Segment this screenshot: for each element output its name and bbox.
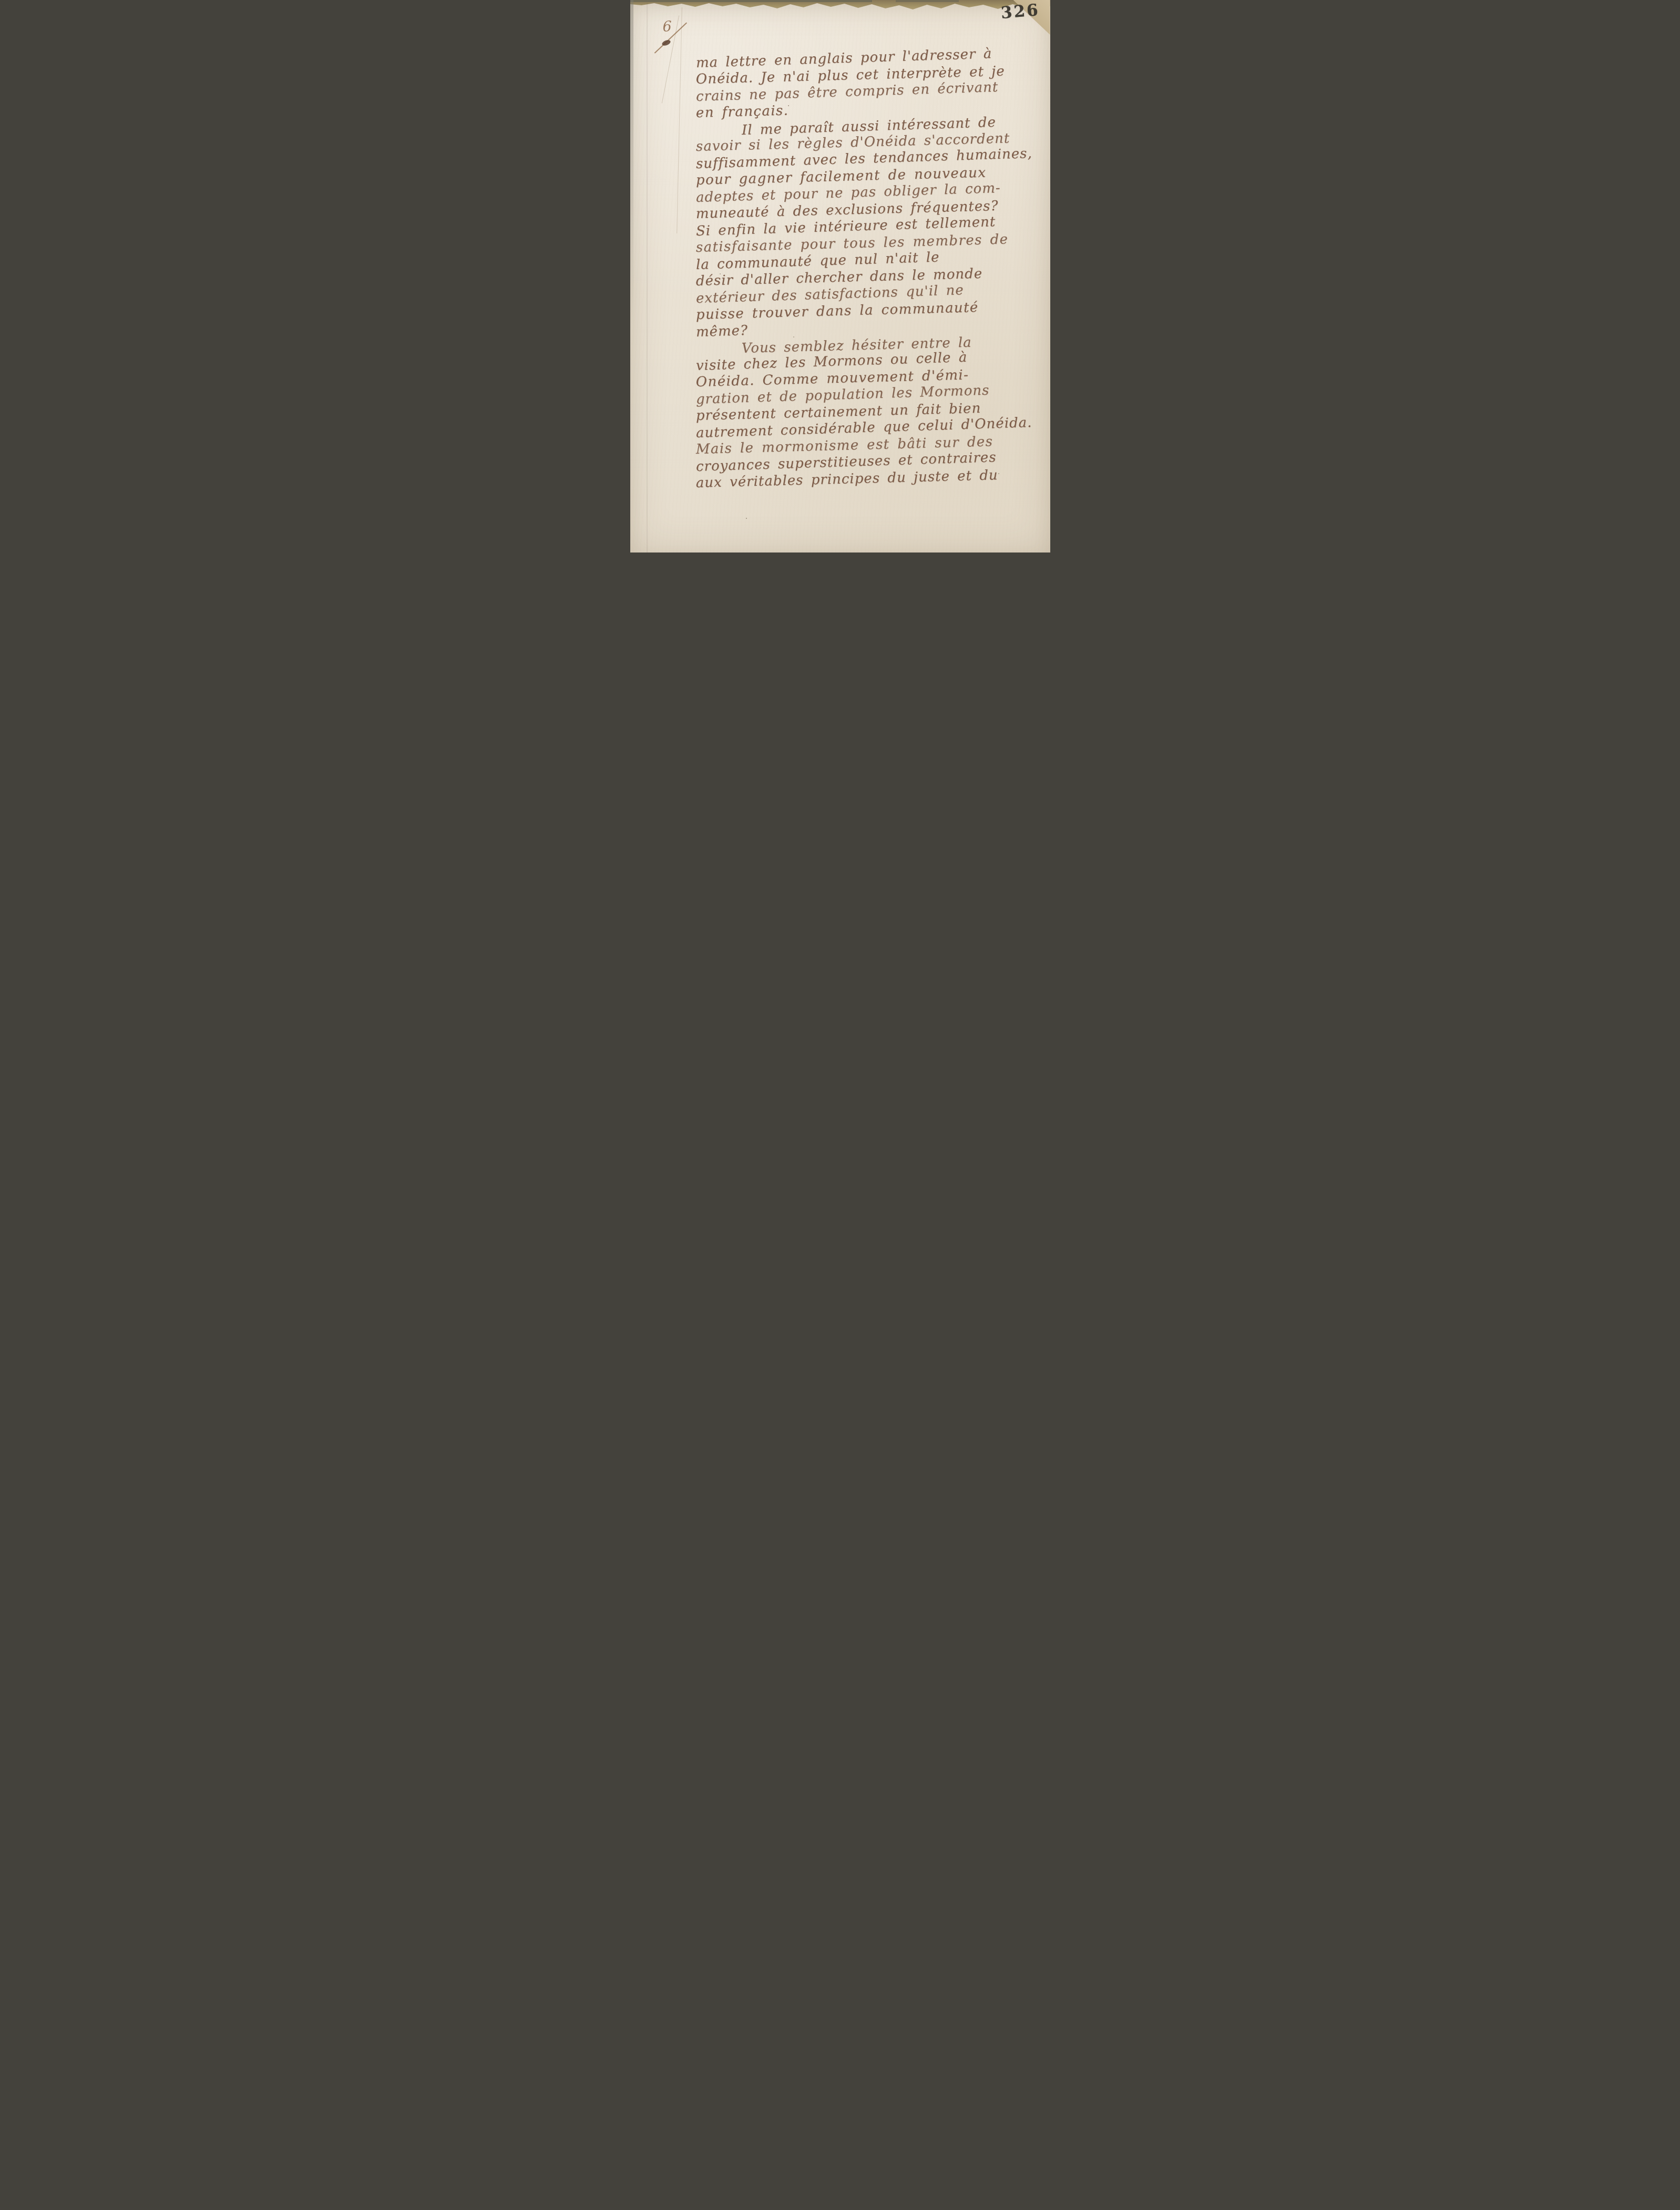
letter-body: ma lettre en anglais pour l'adresser à O… — [630, 55, 1050, 492]
page-number-stamp: 326 — [1000, 1, 1040, 23]
scan-edge-strip — [896, 0, 959, 2]
folio-number: 6 — [663, 19, 672, 35]
scan-edge-strip — [630, 0, 872, 2]
manuscript-scan: 326 6 ma lettre en anglais pour l'adress… — [630, 0, 1050, 552]
